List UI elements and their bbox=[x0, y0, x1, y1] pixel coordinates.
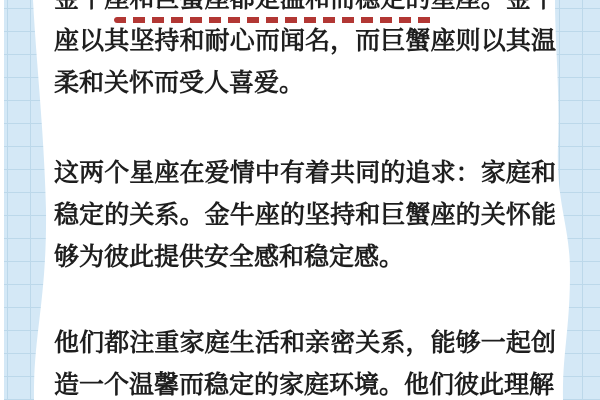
paragraph-intro: 金牛座和巨蟹座都是温和而稳定的星座。金牛座以其坚持和耐心而闻名，而巨蟹座则以其温… bbox=[54, 0, 556, 104]
red-dashed-underline bbox=[114, 17, 436, 23]
page-background: 金牛座和巨蟹座都是温和而稳定的星座。金牛座以其坚持和耐心而闻名，而巨蟹座则以其温… bbox=[0, 0, 600, 400]
paragraph-shared-pursuit: 这两个星座在爱情中有着共同的追求：家庭和稳定的关系。金牛座的坚持和巨蟹座的关怀能… bbox=[54, 152, 556, 278]
paragraph-family-life: 他们都注重家庭生活和亲密关系，能够一起创造一个温馨而稳定的家庭环境。他们彼此理解 bbox=[54, 322, 556, 400]
